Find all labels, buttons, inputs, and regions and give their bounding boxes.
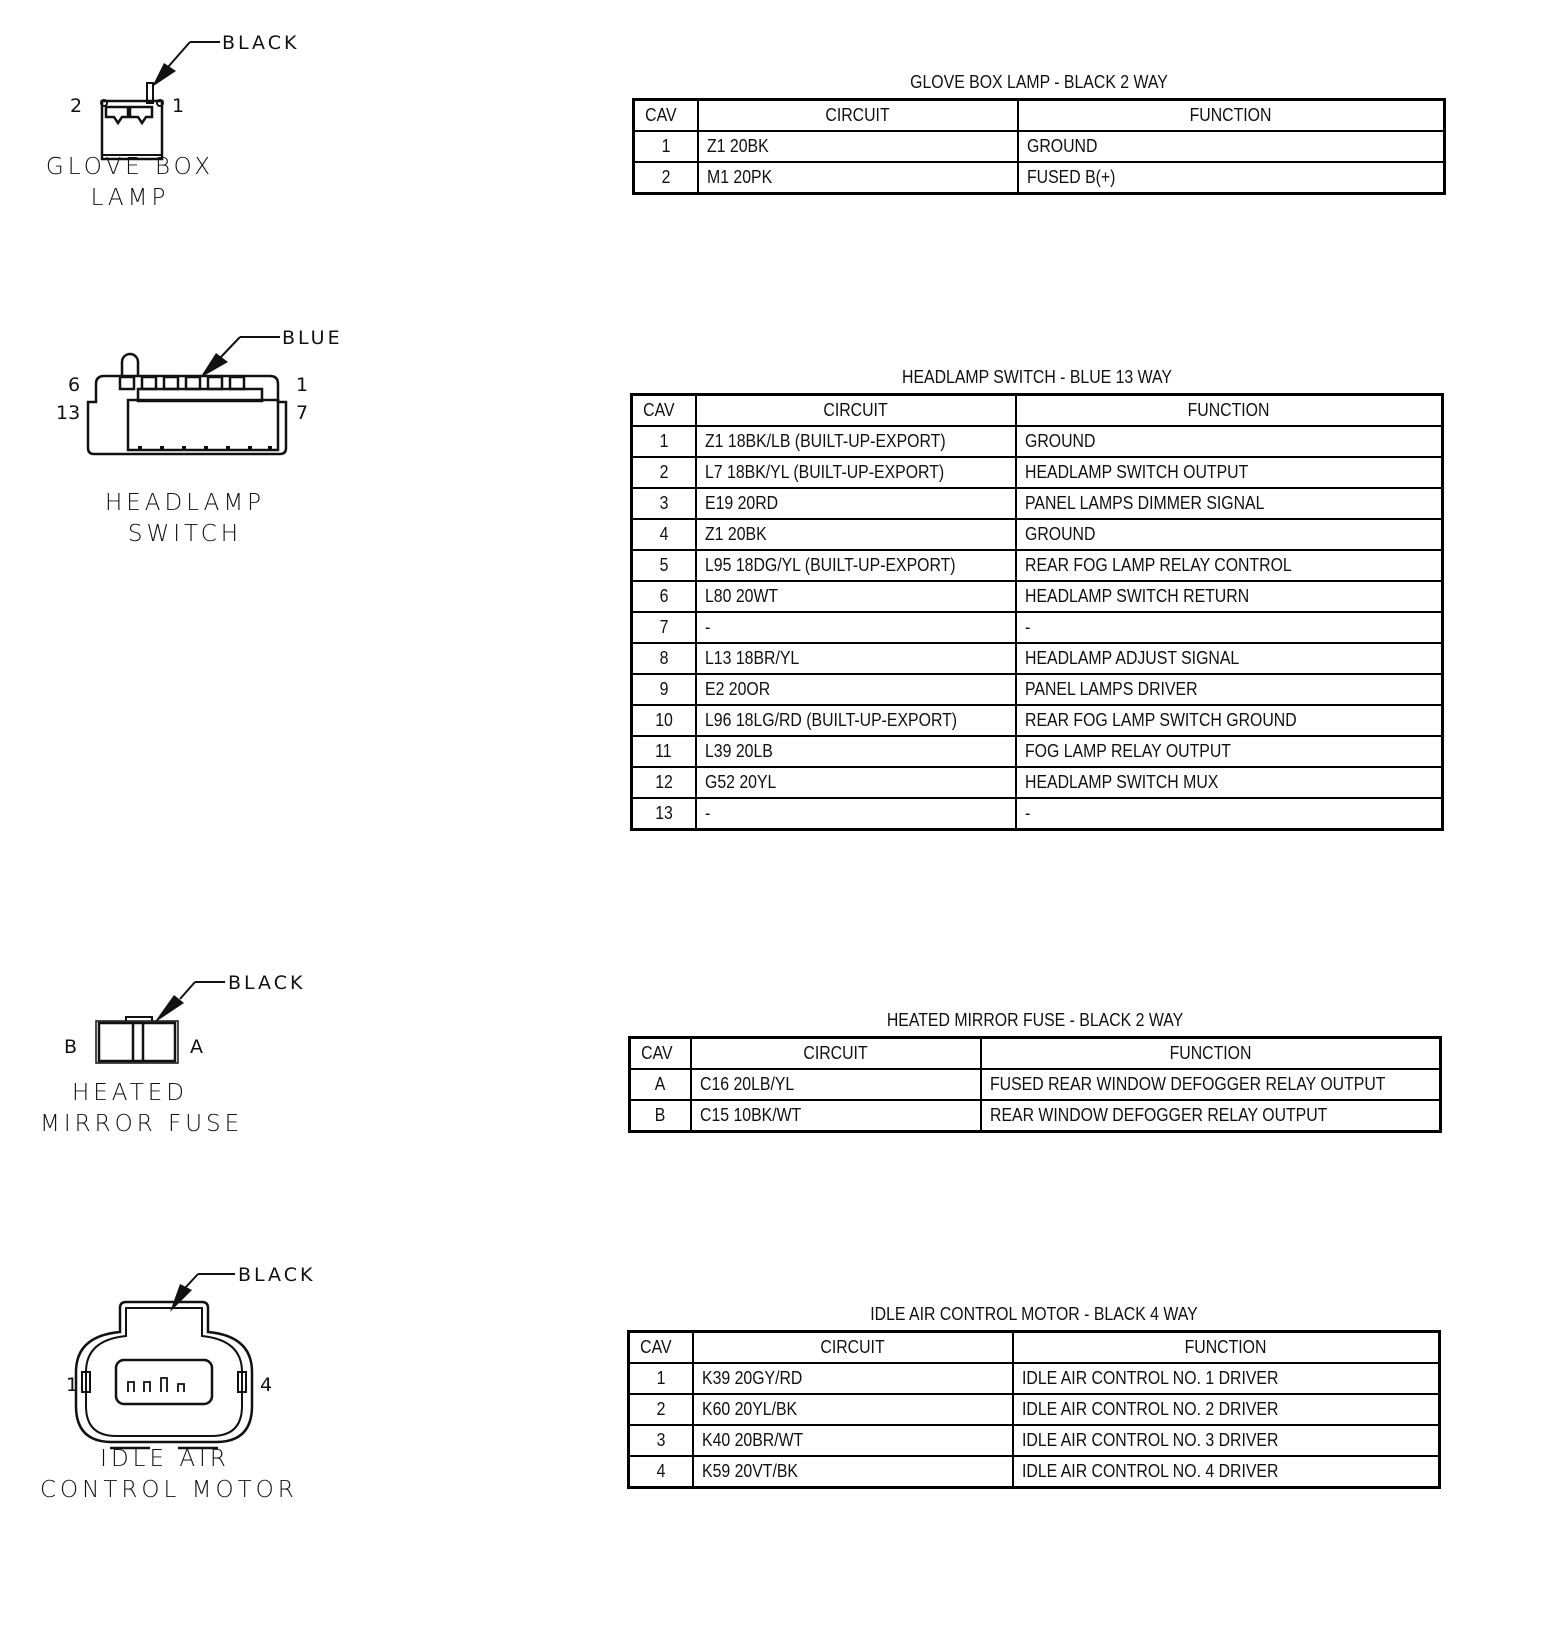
table-row: 9E2 20ORPANEL LAMPS DRIVER xyxy=(632,674,1443,705)
cell-function: FOG LAMP RELAY OUTPUT xyxy=(1016,736,1443,767)
table-row: 2K60 20YL/BKIDLE AIR CONTROL NO. 2 DRIVE… xyxy=(629,1394,1440,1425)
table-row: 1Z1 18BK/LB (BUILT-UP-EXPORT)GROUND xyxy=(632,426,1443,457)
cell-function: GROUND xyxy=(1016,519,1443,550)
table-row: 4Z1 20BKGROUND xyxy=(632,519,1443,550)
table-row: 4K59 20VT/BKIDLE AIR CONTROL NO. 4 DRIVE… xyxy=(629,1456,1440,1488)
cell-function: REAR FOG LAMP RELAY CONTROL xyxy=(1016,550,1443,581)
heated-mirror-fuse-label: HEATED MIRROR FUSE xyxy=(40,1078,220,1140)
cell-cav: 9 xyxy=(632,674,696,705)
heated-mirror-fuse-table-title: HEATED MIRROR FUSE - BLACK 2 WAY xyxy=(677,1010,1393,1031)
cell-circuit: M1 20PK xyxy=(698,162,1018,194)
headlamp-switch-table-title: HEADLAMP SWITCH - BLUE 13 WAY xyxy=(679,367,1395,388)
header-cav: CAV xyxy=(634,100,698,132)
pin-label-top-left: 6 xyxy=(68,374,80,396)
cell-function: GROUND xyxy=(1018,131,1445,162)
cell-circuit: Z1 20BK xyxy=(696,519,1016,550)
cell-cav: A xyxy=(630,1069,691,1100)
color-callout: BLACK xyxy=(222,32,299,54)
cell-circuit: L96 18LG/RD (BUILT-UP-EXPORT) xyxy=(696,705,1016,736)
cell-circuit: E2 20OR xyxy=(696,674,1016,705)
cell-cav: B xyxy=(630,1100,691,1132)
header-circuit: CIRCUIT xyxy=(696,395,1016,427)
cell-function: IDLE AIR CONTROL NO. 4 DRIVER xyxy=(1013,1456,1440,1488)
cell-circuit: Z1 18BK/LB (BUILT-UP-EXPORT) xyxy=(696,426,1016,457)
table-row: BC15 10BK/WTREAR WINDOW DEFOGGER RELAY O… xyxy=(630,1100,1441,1132)
pin-label-left: B xyxy=(64,1036,77,1058)
table-row: 1Z1 20BKGROUND xyxy=(634,131,1445,162)
table-row: 3E19 20RDPANEL LAMPS DIMMER SIGNAL xyxy=(632,488,1443,519)
color-callout: BLACK xyxy=(228,972,305,994)
cell-cav: 3 xyxy=(629,1425,693,1456)
color-callout: BLACK xyxy=(238,1264,315,1286)
cell-circuit: E19 20RD xyxy=(696,488,1016,519)
table-row: 7-- xyxy=(632,612,1443,643)
idle-air-control-motor-table-title: IDLE AIR CONTROL MOTOR - BLACK 4 WAY xyxy=(676,1304,1392,1325)
cell-circuit: K39 20GY/RD xyxy=(693,1363,1013,1394)
cell-circuit: L13 18BR/YL xyxy=(696,643,1016,674)
cell-function: - xyxy=(1016,612,1443,643)
cell-circuit: K40 20BR/WT xyxy=(693,1425,1013,1456)
cell-circuit: L95 18DG/YL (BUILT-UP-EXPORT) xyxy=(696,550,1016,581)
glove-box-lamp-connector-icon: BLACK 2 1 xyxy=(60,25,300,155)
idle-air-control-motor-label: IDLE AIR CONTROL MOTOR xyxy=(40,1444,290,1506)
cell-circuit: C15 10BK/WT xyxy=(691,1100,981,1132)
cell-cav: 11 xyxy=(632,736,696,767)
cell-cav: 8 xyxy=(632,643,696,674)
heated-mirror-fuse-connector-icon: BLACK B A xyxy=(60,965,300,1075)
cell-cav: 1 xyxy=(629,1363,693,1394)
cell-function: HEADLAMP SWITCH OUTPUT xyxy=(1016,457,1443,488)
cell-circuit: K60 20YL/BK xyxy=(693,1394,1013,1425)
cell-cav: 7 xyxy=(632,612,696,643)
cell-function: HEADLAMP SWITCH MUX xyxy=(1016,767,1443,798)
header-function: FUNCTION xyxy=(1018,100,1445,132)
pin-label-right: 4 xyxy=(260,1374,272,1396)
table-row: 10L96 18LG/RD (BUILT-UP-EXPORT)REAR FOG … xyxy=(632,705,1443,736)
glove-box-lamp-table-title: GLOVE BOX LAMP - BLACK 2 WAY xyxy=(681,72,1397,93)
table-row: 8L13 18BR/YLHEADLAMP ADJUST SIGNAL xyxy=(632,643,1443,674)
cell-cav: 4 xyxy=(632,519,696,550)
cell-circuit: L39 20LB xyxy=(696,736,1016,767)
table-row: 1K39 20GY/RDIDLE AIR CONTROL NO. 1 DRIVE… xyxy=(629,1363,1440,1394)
cell-cav: 2 xyxy=(634,162,698,194)
cell-function: REAR WINDOW DEFOGGER RELAY OUTPUT xyxy=(981,1100,1441,1132)
cell-circuit: L7 18BK/YL (BUILT-UP-EXPORT) xyxy=(696,457,1016,488)
color-callout: BLUE xyxy=(282,327,343,349)
cell-cav: 5 xyxy=(632,550,696,581)
cell-cav: 2 xyxy=(629,1394,693,1425)
heated-mirror-fuse-table: CAV CIRCUIT FUNCTION AC16 20LB/YLFUSED R… xyxy=(628,1036,1442,1133)
glove-box-lamp-connector-diagram: BLACK 2 1 xyxy=(60,25,300,155)
headlamp-switch-connector-diagram: BLUE 6 13 1 7 xyxy=(50,320,330,470)
cell-function: IDLE AIR CONTROL NO. 2 DRIVER xyxy=(1013,1394,1440,1425)
cell-function: FUSED B(+) xyxy=(1018,162,1445,194)
idle-air-control-motor-connector-diagram: BLACK 1 4 xyxy=(60,1260,320,1440)
pin-label-right: 1 xyxy=(172,95,184,117)
cell-function: IDLE AIR CONTROL NO. 3 DRIVER xyxy=(1013,1425,1440,1456)
header-circuit: CIRCUIT xyxy=(693,1332,1013,1364)
header-cav: CAV xyxy=(632,395,696,427)
header-cav: CAV xyxy=(629,1332,693,1364)
cell-circuit: K59 20VT/BK xyxy=(693,1456,1013,1488)
cell-cav: 10 xyxy=(632,705,696,736)
pin-label-left: 2 xyxy=(70,95,82,117)
cell-circuit: - xyxy=(696,798,1016,830)
cell-circuit: Z1 20BK xyxy=(698,131,1018,162)
glove-box-lamp-table: CAV CIRCUIT FUNCTION 1Z1 20BKGROUND2M1 2… xyxy=(632,98,1446,195)
cell-function: PANEL LAMPS DRIVER xyxy=(1016,674,1443,705)
glove-box-lamp-label: GLOVE BOX LAMP xyxy=(40,152,220,214)
header-function: FUNCTION xyxy=(1016,395,1443,427)
cell-function: PANEL LAMPS DIMMER SIGNAL xyxy=(1016,488,1443,519)
pin-label-bottom-right: 7 xyxy=(296,402,308,424)
pin-label-left: 1 xyxy=(66,1374,78,1396)
header-circuit: CIRCUIT xyxy=(698,100,1018,132)
table-row: 2L7 18BK/YL (BUILT-UP-EXPORT)HEADLAMP SW… xyxy=(632,457,1443,488)
cell-cav: 4 xyxy=(629,1456,693,1488)
table-row: AC16 20LB/YLFUSED REAR WINDOW DEFOGGER R… xyxy=(630,1069,1441,1100)
cell-cav: 2 xyxy=(632,457,696,488)
cell-circuit: L80 20WT xyxy=(696,581,1016,612)
cell-cav: 1 xyxy=(634,131,698,162)
cell-circuit: - xyxy=(696,612,1016,643)
pin-label-bottom-left: 13 xyxy=(56,402,80,424)
header-circuit: CIRCUIT xyxy=(691,1038,981,1070)
table-row: 2M1 20PKFUSED B(+) xyxy=(634,162,1445,194)
pin-label-top-right: 1 xyxy=(296,374,308,396)
cell-function: GROUND xyxy=(1016,426,1443,457)
cell-function: - xyxy=(1016,798,1443,830)
headlamp-switch-label: HEADLAMP SWITCH xyxy=(90,488,280,550)
cell-cav: 6 xyxy=(632,581,696,612)
table-row: 3K40 20BR/WTIDLE AIR CONTROL NO. 3 DRIVE… xyxy=(629,1425,1440,1456)
headlamp-switch-table: CAV CIRCUIT FUNCTION 1Z1 18BK/LB (BUILT-… xyxy=(630,393,1444,831)
header-function: FUNCTION xyxy=(981,1038,1441,1070)
idle-air-control-motor-connector-icon: BLACK 1 4 xyxy=(60,1260,320,1440)
cell-function: FUSED REAR WINDOW DEFOGGER RELAY OUTPUT xyxy=(981,1069,1441,1100)
heated-mirror-fuse-connector-diagram: BLACK B A xyxy=(60,965,300,1075)
cell-circuit: C16 20LB/YL xyxy=(691,1069,981,1100)
cell-function: REAR FOG LAMP SWITCH GROUND xyxy=(1016,705,1443,736)
pin-label-right: A xyxy=(190,1036,203,1058)
idle-air-control-motor-table: CAV CIRCUIT FUNCTION 1K39 20GY/RDIDLE AI… xyxy=(627,1330,1441,1489)
cell-function: HEADLAMP SWITCH RETURN xyxy=(1016,581,1443,612)
cell-function: HEADLAMP ADJUST SIGNAL xyxy=(1016,643,1443,674)
cell-function: IDLE AIR CONTROL NO. 1 DRIVER xyxy=(1013,1363,1440,1394)
headlamp-switch-connector-icon: BLUE 6 13 1 7 xyxy=(50,320,330,470)
table-row: 13-- xyxy=(632,798,1443,830)
cell-cav: 13 xyxy=(632,798,696,830)
cell-circuit: G52 20YL xyxy=(696,767,1016,798)
cell-cav: 3 xyxy=(632,488,696,519)
table-row: 5L95 18DG/YL (BUILT-UP-EXPORT)REAR FOG L… xyxy=(632,550,1443,581)
table-row: 12G52 20YLHEADLAMP SWITCH MUX xyxy=(632,767,1443,798)
cell-cav: 1 xyxy=(632,426,696,457)
table-row: 11L39 20LBFOG LAMP RELAY OUTPUT xyxy=(632,736,1443,767)
header-function: FUNCTION xyxy=(1013,1332,1440,1364)
cell-cav: 12 xyxy=(632,767,696,798)
table-row: 6L80 20WTHEADLAMP SWITCH RETURN xyxy=(632,581,1443,612)
header-cav: CAV xyxy=(630,1038,691,1070)
